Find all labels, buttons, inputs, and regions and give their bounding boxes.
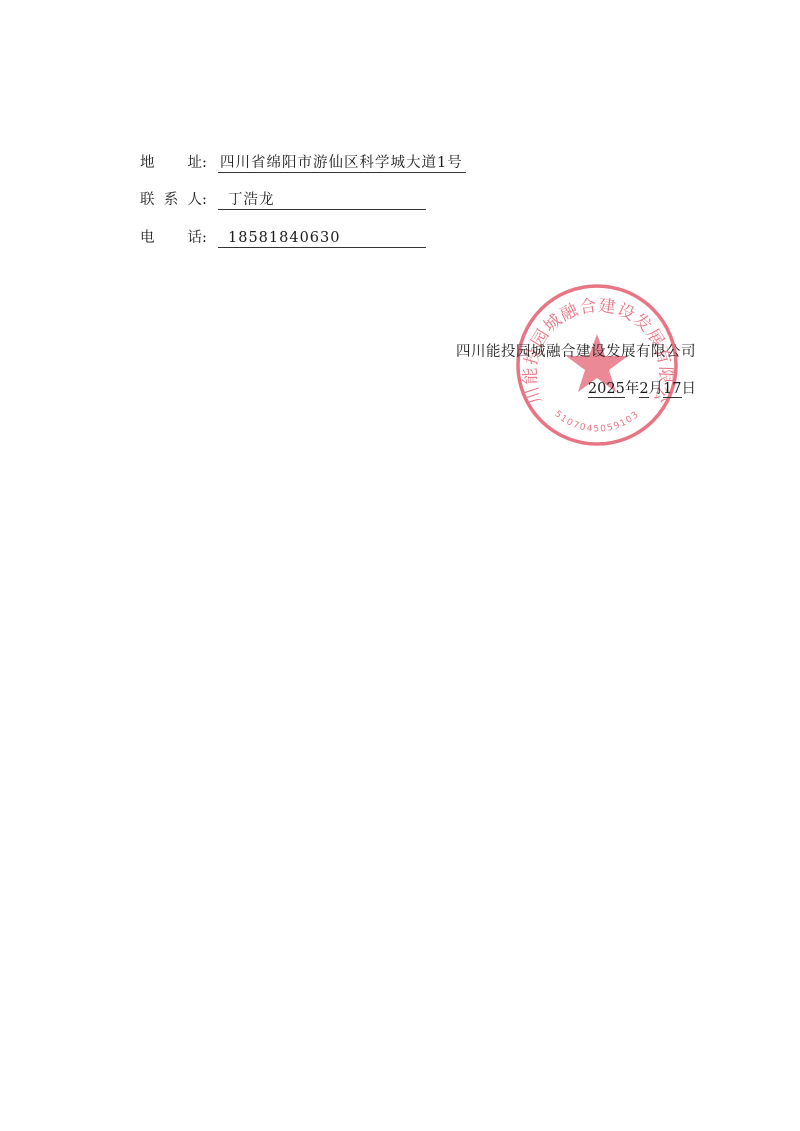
- contact-person-colon: :: [202, 189, 218, 211]
- address-label: 地址: [140, 152, 202, 174]
- phone-colon: :: [202, 227, 218, 249]
- phone-value: 18581840630: [218, 229, 426, 248]
- date-year: 2025: [588, 381, 625, 398]
- date-day: 17: [663, 381, 681, 398]
- contact-person-label: 联系人: [140, 189, 202, 211]
- phone-label: 电话: [140, 227, 202, 249]
- date-month: 2: [639, 381, 648, 398]
- address-row: 地址 : 四川省绵阳市游仙区科学城大道1号: [140, 152, 466, 174]
- document-page: 地址 : 四川省绵阳市游仙区科学城大道1号 联系人 : 丁浩龙 电话 : 185…: [0, 0, 800, 1131]
- company-seal-icon: 四川能投园城融合建设发展有限公司 5107045059103: [514, 282, 680, 448]
- contact-person-row: 联系人 : 丁浩龙: [140, 189, 426, 211]
- svg-text:5107045059103: 5107045059103: [552, 409, 641, 434]
- signature-date: 2025年2月17日: [588, 379, 696, 399]
- contact-person-value: 丁浩龙: [218, 191, 426, 210]
- address-value: 四川省绵阳市游仙区科学城大道1号: [218, 154, 466, 173]
- phone-row: 电话 : 18581840630: [140, 227, 426, 249]
- company-signature: 四川能投园城融合建设发展有限公司: [456, 341, 696, 363]
- date-day-unit: 日: [682, 381, 697, 397]
- date-year-unit: 年: [625, 381, 640, 397]
- address-colon: :: [202, 152, 218, 174]
- date-month-unit: 月: [649, 381, 664, 397]
